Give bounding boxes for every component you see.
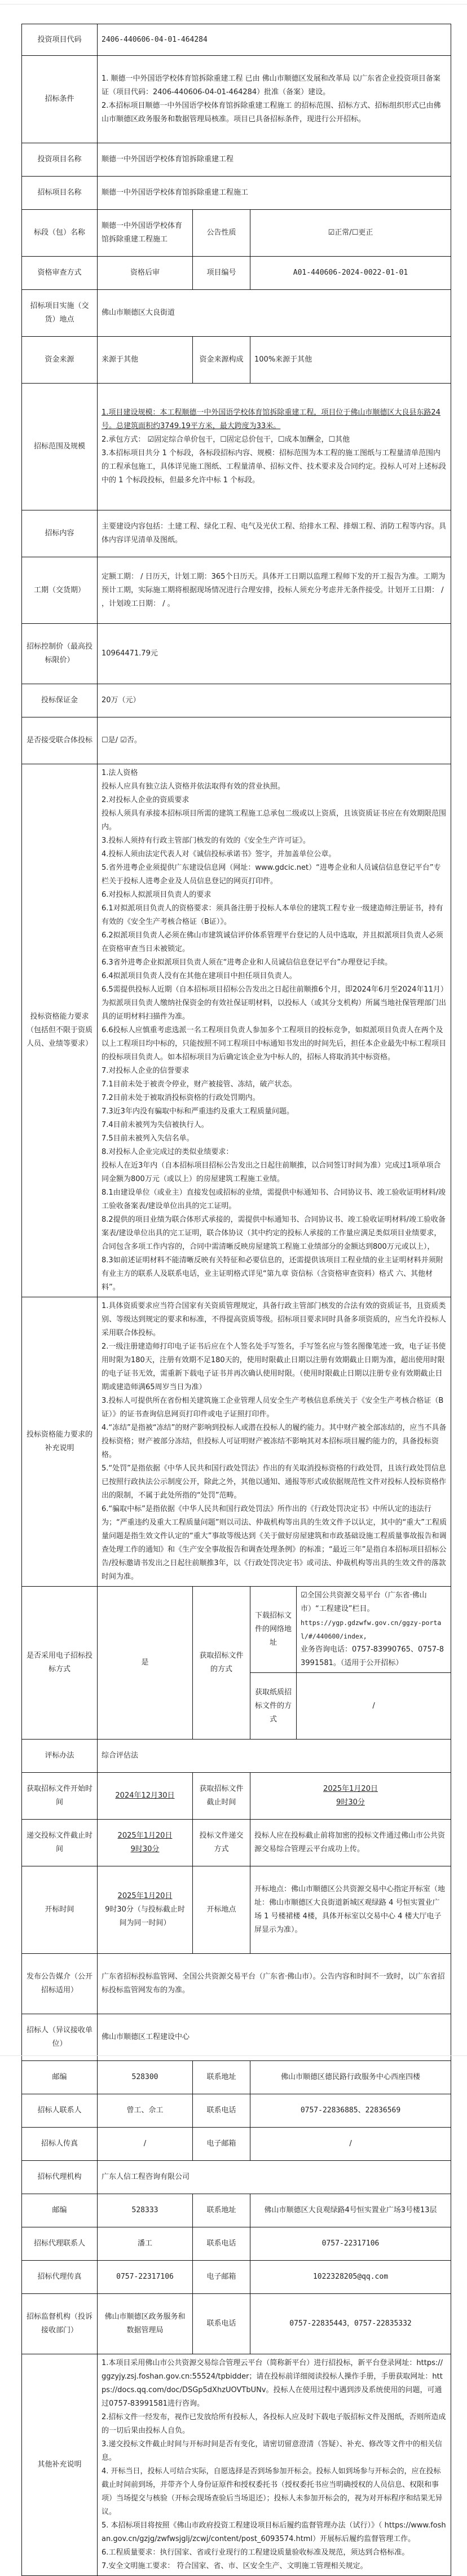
label: 投资项目名称 [22, 143, 98, 177]
value: 定额工期： / 日历天，计划工期：365个日历天。具体开工日期以监理工程师下发的… [98, 557, 451, 624]
line: 投标人须具有承接本招标项目所需的建筑工程施工总承包二级或以上资质，且该资质证书应… [102, 807, 447, 834]
value: 佛山市顺德区政务服务和数据管理局 [98, 2294, 193, 2354]
row-agency-postal: 邮编 528333 联系地址 佛山市顺德区大良观绿路4号恒实置业广场3号楼13层 [22, 2194, 451, 2227]
label: 其他补充说明 [22, 2354, 98, 2576]
label: 招标范围及规模 [22, 384, 98, 510]
label: 获取招标文件开始时间 [22, 1773, 98, 1820]
value: 1.项目建设规模：本工程顺德一中外国语学校体育馆拆除重建工程，项目位于佛山市顺德… [98, 384, 451, 510]
label: 电子邮箱 [193, 2128, 250, 2161]
row-tender-name: 招标项目名称 顺德一中外国语学校体育馆拆除重建工程施工 [22, 177, 451, 210]
label: 招标项目实施（交货）地点 [22, 290, 98, 337]
download-link[interactable]: https://ygp.gdzwfw.gov.cn/ggzy-portal/#/… [301, 1616, 447, 1643]
line: 1.具体资质要求应当符合国家有关资质管理规定，具备行政主管部门核发的合法有效的资… [102, 1300, 447, 1340]
row-content: 招标内容 主要建设内容包括：土建工程、绿化工程、电气及光伏工程、给排水工程、排烟… [22, 510, 451, 557]
value: 潘工 [98, 2227, 193, 2261]
label: 邮编 [22, 2061, 98, 2094]
value: 主要建设内容包括：土建工程、绿化工程、电气及光伏工程、给排水工程、排烟工程、消防… [98, 510, 451, 557]
line: ☑全国公共资源交易平台（广东省·佛山市）“工程建设”栏目。 [301, 1589, 447, 1616]
value: 广东人信工程咨询有限公司 [98, 2161, 451, 2194]
label: 联系电话 [193, 2094, 250, 2128]
label: 投标资格能力要求（包括但不限于资质人员、业绩等要求） [22, 764, 98, 1297]
label: 招标项目名称 [22, 177, 98, 210]
line: 7.对投标人企业的信誉要求 [102, 1064, 447, 1078]
line: 8.3如前述证明材料不能清晰反映有关特征和必要信息的，还需提供该项目工程业绩的业… [102, 1254, 447, 1294]
line: 1.本项目采用佛山市公共资源交易综合管理云平台（简称新平台）进行招投标，新平台登… [102, 2357, 447, 2411]
label: 投标资格能力要求的补充说明 [22, 1297, 98, 1587]
value: / [297, 1673, 451, 1740]
value: 0757-22835443，0757-22835332 [250, 2294, 451, 2354]
line: 业务咨询电话：0757-83990765、0757-83991581。（适用于公… [301, 1643, 447, 1670]
line: 3.本招标项目共分 1 个标段，各标段招标内容、规模：招标范围为本工程的施工图纸… [102, 447, 447, 487]
value: 100%来源于其他 [250, 337, 451, 384]
row-location: 招标项目实施（交货）地点 佛山市顺德区大良街道 [22, 290, 451, 337]
label: 邮编 [22, 2194, 98, 2227]
bottom-divider [0, 2055, 467, 2056]
line: 2025年1月20日 [254, 1782, 447, 1796]
value: 广东省招标投标监管网、全国公共资源交易平台（广东省·佛山市）。公告内容和时间不一… [98, 1954, 451, 2014]
row-tenderer-fax: 招标人传真 / 电子邮箱 / [22, 2128, 451, 2161]
consortium-checkbox: ☐是/ ☑否。 [98, 717, 451, 764]
value: 528333 [98, 2194, 193, 2227]
line: 9时30分（与投标截止时间为同一时间） [102, 1903, 188, 1930]
value: 投标人应在投标截止前将加密的投标文件通过佛山市公共资源交易综合管理云平台成功上传… [250, 1820, 451, 1866]
row-media: 发布公告媒介（公开招标适用） 广东省招标投标监管网、全国公共资源交易平台（广东省… [22, 1954, 451, 2014]
label: 招标人传真 [22, 2128, 98, 2161]
label: 招标代理联系人 [22, 2227, 98, 2261]
label: 工期（交货期） [22, 557, 98, 624]
line: 8.对投标人企业完成过的类似业绩要求： [102, 1146, 447, 1159]
line: 7.4目前未被列为失信被执行人。 [102, 1119, 447, 1132]
line: 2025年1月20日 [102, 1829, 188, 1843]
value: 佛山市顺德区大良街道 [98, 290, 451, 337]
line: 2.承包方式： ☑固定综合单价包干，☐固定总价包干，☐成本加酬金，☐其他 [102, 433, 447, 447]
row-supervisor: 招标监督机构（投诉接收部门） 佛山市顺德区政务服务和数据管理局 联系电话 075… [22, 2294, 451, 2354]
line: 1. 顺德一中外国语学校体育馆拆除重建工程 已由 佛山市顺德区发展和改革局 以广… [102, 72, 447, 99]
label: 投标文件递交方式 [193, 1820, 250, 1866]
label: 获取招标文件的方式 [193, 1587, 250, 1740]
tender-notice-table: 投资项目代码 2406-440606-04-01-464284 招标条件 1. … [21, 24, 451, 2576]
line: 8.1由建设单位（或业主）直接发包或招标的业绩，需提供中标通知书、合同协议书、竣… [102, 1186, 447, 1213]
top-divider [0, 4, 467, 5]
row-tenderer: 招标人（异议接收单位） 佛山市顺德区工程建设中心 [22, 2014, 451, 2061]
value: / [250, 2128, 451, 2161]
line: 9时30分 [254, 1796, 447, 1809]
label: 是否接受联合体投标 [22, 717, 98, 764]
line: 2.一级注册建造师打印电子证书后应在个人签名处手写签名，手写签名应与签名图像笔迹… [102, 1340, 447, 1394]
label: 发布公告媒介（公开招标适用） [22, 1954, 98, 2014]
value: 顺德一中外国语学校体育馆拆除重建工程施工 [98, 210, 193, 257]
email-link[interactable]: 1022328205@qq.com [250, 2261, 451, 2294]
label: 招标内容 [22, 510, 98, 557]
row-deposit: 投标保证金 20万（元） [22, 684, 451, 717]
label: 招标代理机构 [22, 2161, 98, 2194]
label: 招标控制价（最高投标限价） [22, 624, 98, 684]
line: 投标人应具有独立法人资格并依法取得有效的营业执照。 [102, 780, 447, 794]
line: 4.“冻结”是指被“冻结”的财产影响到投标人或潜在投标人的履约能力。其中财产被全… [102, 1421, 447, 1462]
line: 6.5需提供投标人近期（自本招标项目招标公告发出之日起往前顺推6个月，即2024… [102, 983, 447, 1024]
label: 联系地址 [193, 2061, 250, 2094]
value: 0757-22317106 [98, 2261, 193, 2294]
value: 528300 [98, 2061, 193, 2094]
row-project-code: 投资项目代码 2406-440606-04-01-464284 [22, 24, 451, 56]
value: / [98, 2128, 193, 2161]
value: 2025年1月20日 9时30分 [250, 1773, 451, 1820]
label: 开标地点 [193, 1866, 250, 1954]
label: 联系电话 [193, 2294, 250, 2354]
row-agency: 招标代理机构 广东人信工程咨询有限公司 [22, 2161, 451, 2194]
line: 7.3近3年内没有骗取中标和严重违约及重大工程质量问题。 [102, 1105, 447, 1119]
label: 招标条件 [22, 56, 98, 143]
row-evaluation: 评标办法 综合评估法 [22, 1740, 451, 1773]
line: 投标人在近3年内（自本招标项目招标公告发出之日起往前顺推，以合同签订时间为准）完… [102, 1159, 447, 1186]
line: 7.2目前未处于被取消投标资格的行政处罚期内。 [102, 1091, 447, 1105]
row-opening: 开标时间 2025年1月20日 9时30分（与投标截止时间为同一时间） 开标地点… [22, 1866, 451, 1954]
notice-nature-checkbox: ☑正常/☐更正 [250, 210, 451, 257]
value: 顺德一中外国语学校体育馆拆除重建工程 [98, 143, 451, 177]
label: 评标办法 [22, 1740, 98, 1773]
line: 3.递交投标文件截止时间与开标时间是否有变化，请密切留意澄清（答疑）、补充、修改… [102, 2438, 447, 2465]
line: 6.6投标人应慎重考虑选派一名工程项目负责人参加多个工程项目的投标竞争，如拟派项… [102, 1024, 447, 1064]
line: 3.投标人可提供所在省份相关建筑施工企业管理人员安全生产考核信息系统关于《安全生… [102, 1394, 447, 1421]
value: 0757-22317106 [250, 2227, 451, 2261]
label: 是否采用电子招标投标方式 [22, 1587, 98, 1740]
value: 综合评估法 [98, 1740, 451, 1773]
line: 2.本招标项目顺德一中外国语学校体育馆拆除重建工程施工 的招标范围、招标方式、招… [102, 99, 447, 126]
value: A01-440606-2024-0022-01-01 [250, 257, 451, 290]
line: 6.“骗取中标”是指依据《中华人民共和国行政处罚法》所作出的《行政处罚决定书》中… [102, 1503, 447, 1584]
value: 佛山市顺德区德民路行政服务中心西座四楼 [250, 2061, 451, 2094]
value: 2025年1月20日 9时30分（与投标截止时间为同一时间） [98, 1866, 193, 1954]
label: 联系电话 [193, 2227, 250, 2261]
label: 招标监督机构（投诉接收部门） [22, 2294, 98, 2354]
label: 下载招标文件的网络地址 [250, 1587, 297, 1673]
label: 招标代理传真 [22, 2261, 98, 2294]
value: 1.本项目采用佛山市公共资源交易综合管理云平台（简称新平台）进行招投标，新平台登… [98, 2354, 451, 2576]
value: 来源于其他 [98, 337, 193, 384]
label: 电子邮箱 [193, 2261, 250, 2294]
value: 20万（元） [98, 684, 451, 717]
line: 1.法人资格 [102, 767, 447, 780]
line: 6.1对拟派项目负责人的资格要求：须具备注册于投标人本单位的建筑工程专业一级建造… [102, 902, 447, 929]
line: 7.1目前未处于被责令停业，财产被接管、冻结，破产状态。 [102, 1078, 447, 1091]
row-doc-time: 获取招标文件开始时间 2024年12月30日 获取招标文件截止时间 2025年1… [22, 1773, 451, 1820]
label: 开标时间 [22, 1866, 98, 1954]
row-submit: 递交投标文件截止时间 2025年1月20日 9时30分 投标文件递交方式 投标人… [22, 1820, 451, 1866]
value: 1.法人资格 投标人应具有独立法人资格并依法取得有效的营业执照。 2.对投标人企… [98, 764, 451, 1297]
download-url: ☑全国公共资源交易平台（广东省·佛山市）“工程建设”栏目。 https://yg… [297, 1587, 451, 1673]
row-conditions: 招标条件 1. 顺德一中外国语学校体育馆拆除重建工程 已由 佛山市顺德区发展和改… [22, 56, 451, 143]
label: 获取招标文件截止时间 [193, 1773, 250, 1820]
label: 公告性质 [193, 210, 250, 257]
line: 6.3省外进粤企业拟派项目负责人须在“进粤企业和人员诚信信息登记平台”办理登记手… [102, 956, 447, 970]
line: 5.省外进粤企业须提供广东建设信息网（网址：www.gdcic.net）“进粤企… [102, 861, 447, 888]
label: 获取纸质招标文件的方式 [250, 1673, 297, 1740]
line: 6.对投标人拟派项目负责人的要求 [102, 888, 447, 902]
line: 2025年1月20日 [102, 1890, 188, 1903]
line: 9时30分 [102, 1843, 188, 1856]
row-tenderer-contact: 招标人联系人 曾工、佘工 联系电话 0757-22836885、22836569 [22, 2094, 451, 2128]
value: 1.具体资质要求应当符合国家有关资质管理规定，具备行政主管部门核发的合法有效的资… [98, 1297, 451, 1587]
value: 是 [98, 1587, 193, 1740]
label: 资格审查方式 [22, 257, 98, 290]
row-review: 资格审查方式 资格后审 项目编号 A01-440606-2024-0022-01… [22, 257, 451, 290]
line: 7.5目前未被列入失信名单。 [102, 1132, 447, 1146]
value: 顺德一中外国语学校体育馆拆除重建工程施工 [98, 177, 451, 210]
line: 3.投标人须持有行政主管部门核发的有效的《安全生产许可证》。 [102, 834, 447, 848]
value: 10964471.79元 [98, 624, 451, 684]
label: 招标人（异议接收单位） [22, 2014, 98, 2061]
line: 4. 开标当日，投标人可结合实际，自愿选择是否到场参加开标会。投标人如到场参与开… [102, 2465, 447, 2519]
label: 资金来源 [22, 337, 98, 384]
row-qualification: 投标资格能力要求（包括但不限于资质人员、业绩等要求） 1.法人资格 投标人应具有… [22, 764, 451, 1297]
label: 标段（包）名称 [22, 210, 98, 257]
label: 招标人联系人 [22, 2094, 98, 2128]
row-other: 其他补充说明 1.本项目采用佛山市公共资源交易综合管理云平台（简称新平台）进行招… [22, 2354, 451, 2576]
line: 6.4拟派项目负责人没有在其他在建项目中担任项目负责人。 [102, 970, 447, 983]
value: 资格后审 [98, 257, 193, 290]
row-electronic: 是否采用电子招标投标方式 是 获取招标文件的方式 下载招标文件的网络地址 ☑全国… [22, 1587, 451, 1673]
label: 投标保证金 [22, 684, 98, 717]
row-tenderer-postal: 邮编 528300 联系地址 佛山市顺德区德民路行政服务中心西座四楼 [22, 2061, 451, 2094]
row-agency-contact: 招标代理联系人 潘工 联系电话 0757-22317106 [22, 2227, 451, 2261]
row-qualification-notes: 投标资格能力要求的补充说明 1.具体资质要求应当符合国家有关资质管理规定，具备行… [22, 1297, 451, 1587]
value: 2406-440606-04-01-464284 [98, 24, 451, 56]
line: 7.安全文明施工要求： 符合国家、省、市、区安全生产、文明施工管理相关规定。 [102, 2560, 447, 2573]
line: 5. 本招标项目将按照《佛山市政府投资工程建设项目标后履约监督管理办法（试行）》… [102, 2519, 447, 2546]
row-max-price: 招标控制价（最高投标限价） 10964471.79元 [22, 624, 451, 684]
row-scope: 招标范围及规模 1.项目建设规模：本工程顺德一中外国语学校体育馆拆除重建工程，项… [22, 384, 451, 510]
label: 投资项目代码 [22, 24, 98, 56]
line: 2.对投标人企业的资质要求 [102, 794, 447, 807]
label: 资金来源构成 [193, 337, 250, 384]
line: 2.招标文件一经发布，视作已发放给所有投标人，各投标人应及时下载电子版招标文件及… [102, 2411, 447, 2438]
value: 2025年1月20日 9时30分 [98, 1820, 193, 1866]
row-funding: 资金来源 来源于其他 资金来源构成 100%来源于其他 [22, 337, 451, 384]
row-consortium: 是否接受联合体投标 ☐是/ ☑否。 [22, 717, 451, 764]
value: 2024年12月30日 [98, 1773, 193, 1820]
label: 递交投标文件截止时间 [22, 1820, 98, 1866]
value: 曾工、佘工 [98, 2094, 193, 2128]
value: 开标地点：佛山市顺德区公共资源交易中心指定开标室（地址：佛山市顺德区大良街道新城… [250, 1866, 451, 1954]
line: 6.工程质量要求：执行国家、省或行业现行的工程建设质量验收标准及规范，须达到合格… [102, 2546, 447, 2560]
row-project-name: 投资项目名称 顺德一中外国语学校体育馆拆除重建工程 [22, 143, 451, 177]
row-section: 标段（包）名称 顺德一中外国语学校体育馆拆除重建工程施工 公告性质 ☑正常/☐更… [22, 210, 451, 257]
row-period: 工期（交货期） 定额工期： / 日历天，计划工期：365个日历天。具体开工日期以… [22, 557, 451, 624]
value: 0757-22836885、22836569 [250, 2094, 451, 2128]
value: 佛山市顺德区工程建设中心 [98, 2014, 451, 2061]
value: 1. 顺德一中外国语学校体育馆拆除重建工程 已由 佛山市顺德区发展和改革局 以广… [98, 56, 451, 143]
line: 4.投标人须由法定代表人对《诚信投标承诺书》签字，并加盖单位公章。 [102, 848, 447, 861]
value: 佛山市顺德区大良观绿路4号恒实置业广场3号楼13层 [250, 2194, 451, 2227]
label: 项目编号 [193, 257, 250, 290]
line: 8.2提供的项目业绩为联合体形式承接的，需提供中标通知书、合同协议书、竣工验收证… [102, 1213, 447, 1254]
row-agency-fax: 招标代理传真 0757-22317106 电子邮箱 1022328205@qq.… [22, 2261, 451, 2294]
label: 联系地址 [193, 2194, 250, 2227]
line: 1.项目建设规模：本工程顺德一中外国语学校体育馆拆除重建工程，项目位于佛山市顺德… [102, 406, 447, 433]
line: 6.2拟派项目负责人必须在佛山市建筑诚信评价体系管理平台登记的人员中选取，并且拟… [102, 929, 447, 956]
line: 5.“处罚”是指依据《中华人民共和国行政处罚法》作出的有关取消投标资格的行政处罚… [102, 1462, 447, 1503]
